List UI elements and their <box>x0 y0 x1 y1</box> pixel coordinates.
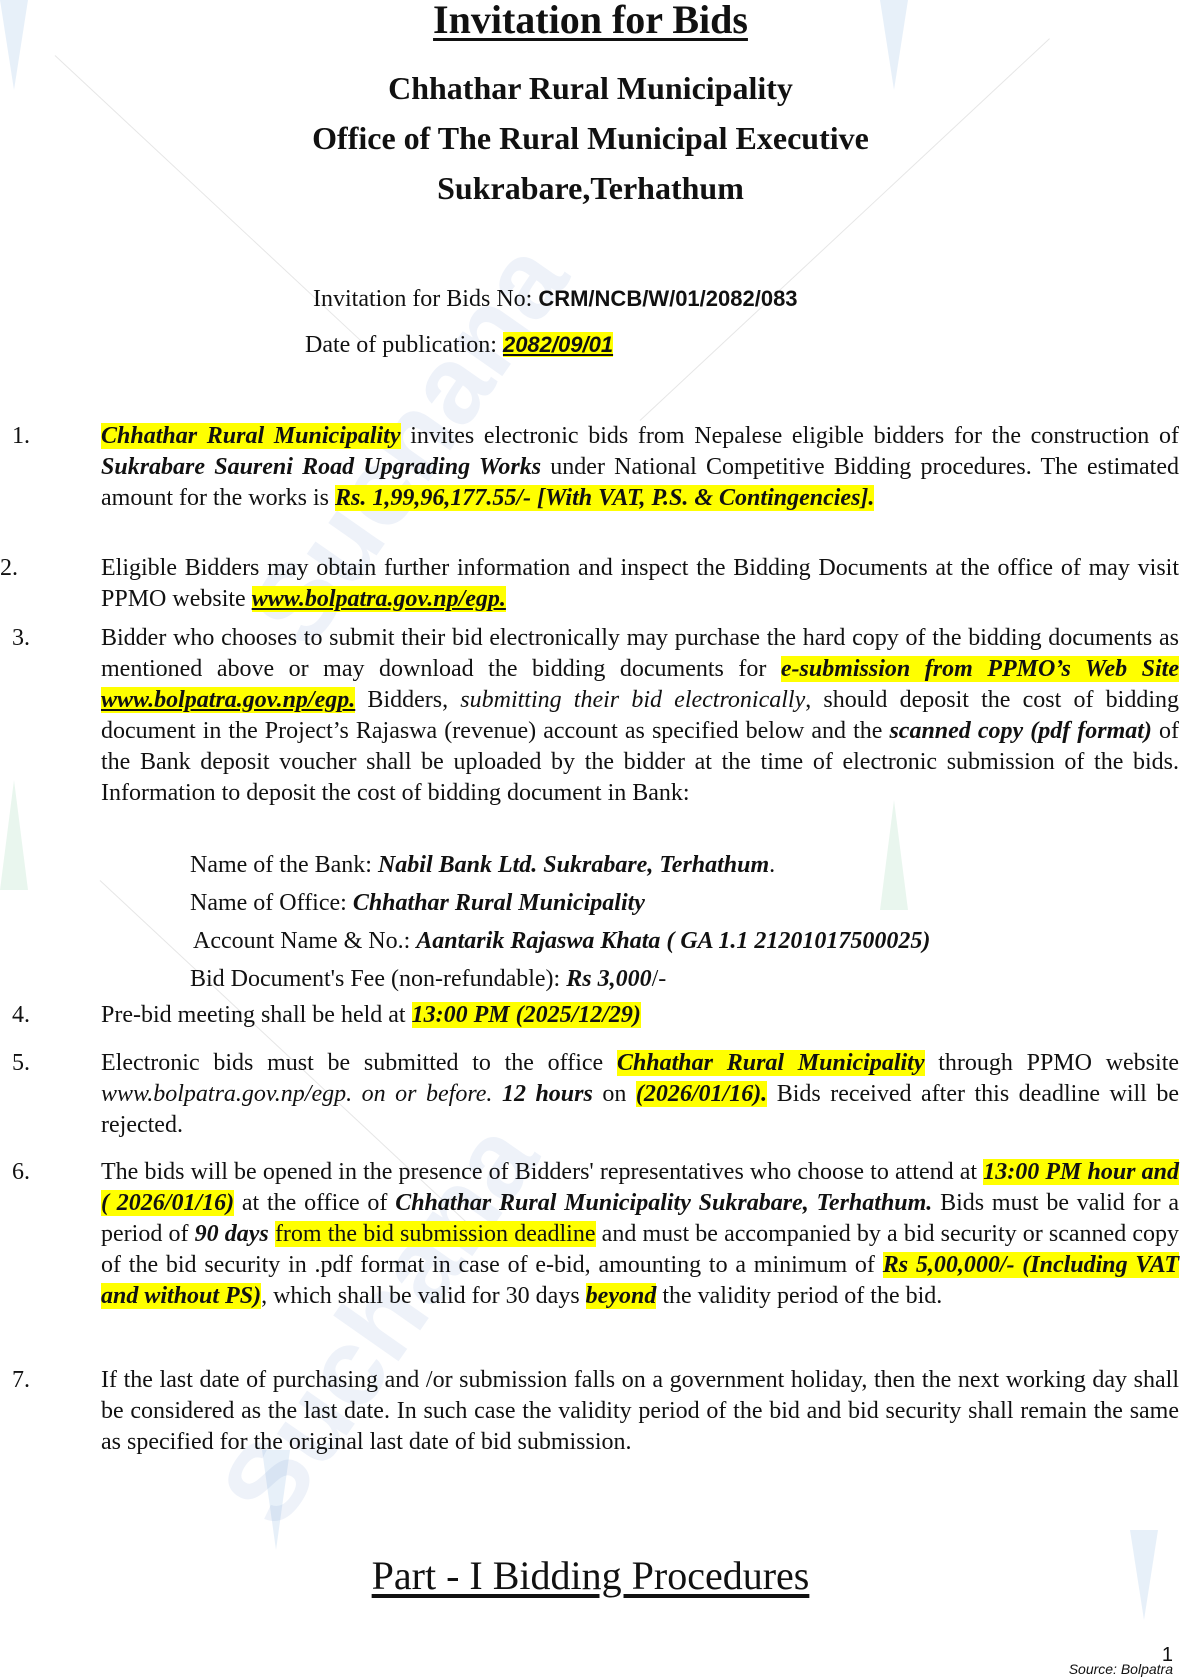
clause-text: Chhathar Rural Municipality invites elec… <box>101 421 1179 514</box>
clause-text: Eligible Bidders may obtain further info… <box>101 553 1179 615</box>
prebid-meeting-time: 13:00 PM (2025/12/29) <box>412 1002 641 1028</box>
clause-number: 4. <box>12 1000 30 1031</box>
clause-number: 3. <box>12 623 30 654</box>
publication-date-line: Date of publication: 2082/09/01 <box>305 332 613 359</box>
clause-text: Electronic bids must be submitted to the… <box>101 1048 1179 1141</box>
clause-text: The bids will be opened in the presence … <box>101 1157 1179 1312</box>
org-name: Chhathar Rural Municipality <box>0 70 1181 107</box>
clause-text: Bidder who chooses to submit their bid e… <box>101 623 1179 809</box>
clause-number: 2. <box>0 553 18 584</box>
estimated-amount: Rs. 1,99,96,177.55/- [With VAT, P.S. & C… <box>335 485 874 511</box>
part-heading: Part - I Bidding Procedures <box>0 1552 1181 1599</box>
submission-deadline: (2026/01/16). <box>636 1081 767 1107</box>
org-location: Sukrabare,Terhathum <box>0 170 1181 207</box>
source-label: Source: Bolpatra <box>1069 1661 1173 1677</box>
publication-label: Date of publication: <box>305 332 503 358</box>
bank-details: Name of the Bank: Nabil Bank Ltd. Sukrab… <box>190 846 930 998</box>
ppmo-link[interactable]: www.bolpatra.gov.np/egp. <box>252 586 506 612</box>
ppmo-link[interactable]: www.bolpatra.gov.np/egp. <box>101 687 355 713</box>
bank-name-row: Name of the Bank: Nabil Bank Ltd. Sukrab… <box>190 846 930 884</box>
clause-number: 5. <box>12 1048 30 1079</box>
clause-number: 7. <box>12 1365 30 1396</box>
publication-date: 2082/09/01 <box>503 332 613 357</box>
ifb-label: Invitation for Bids No: <box>313 286 538 312</box>
ifb-number: CRM/NCB/W/01/2082/083 <box>538 286 797 311</box>
watermark-arrow <box>262 1450 290 1550</box>
ifb-number-line: Invitation for Bids No: CRM/NCB/W/01/208… <box>313 286 798 313</box>
account-row: Account Name & No.: Aantarik Rajaswa Kha… <box>193 922 930 960</box>
fee-row: Bid Document's Fee (non-refundable): Rs … <box>190 960 930 998</box>
document-title: Invitation for Bids <box>0 0 1181 43</box>
watermark-arrow <box>0 780 28 890</box>
clause-number: 1. <box>12 421 30 452</box>
office-name-row: Name of Office: Chhathar Rural Municipal… <box>190 884 930 922</box>
clause-text: Pre-bid meeting shall be held at 13:00 P… <box>101 1000 1179 1031</box>
clause-text: If the last date of purchasing and /or s… <box>101 1365 1179 1458</box>
clause-number: 6. <box>12 1157 30 1188</box>
org-office: Office of The Rural Municipal Executive <box>0 120 1181 157</box>
